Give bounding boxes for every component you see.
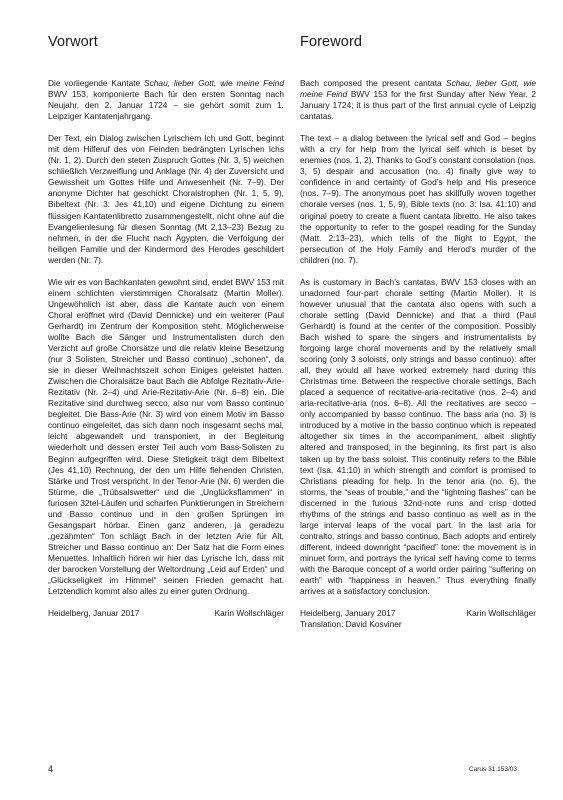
english-paragraph-1: Bach composed the present cantata Schau,… [300,78,536,122]
german-p1-text-end: BWV 153, komponierte Bach für den ersten… [48,89,284,121]
german-paragraph-1: Die vorliegende Kantate Schau, lieber Go… [48,78,284,122]
english-heading: Foreword [300,34,362,50]
english-body: Bach composed the present cantata Schau,… [300,78,536,630]
german-paragraph-3: Wie wir es von Bachkantaten gewohnt sind… [48,277,284,597]
german-signature: Heidelberg, Januar 2017 Karin Wollschläg… [48,608,284,619]
page-number: 4 [48,764,53,774]
english-p1-text: Bach composed the present cantata [300,78,446,88]
translation-credit: Translation: David Kosviner [300,619,536,630]
german-body: Die vorliegende Kantate Schau, lieber Go… [48,78,284,619]
german-author: Karin Wollschläger [215,608,284,619]
english-paragraph-2: The text – a dialog between the lyrical … [300,133,536,266]
catalog-number: Carus 31.153/03 [469,766,517,773]
english-place-date: Heidelberg, January 2017 [300,608,396,619]
english-paragraph-3: As is customary in Bach’s cantatas, BWV … [300,277,536,597]
german-place-date: Heidelberg, Januar 2017 [48,608,139,619]
german-paragraph-2: Der Text, ein Dialog zwischen Lyrischem … [48,133,284,266]
english-author: Karin Wollschläger [467,608,536,619]
english-signature: Heidelberg, January 2017 Karin Wollschlä… [300,608,536,619]
german-heading: Vorwort [48,34,98,50]
cantata-title: Schau, lieber Gott, wie meine Feind [144,78,284,88]
german-p1-text: Die vorliegende Kantate [48,78,144,88]
